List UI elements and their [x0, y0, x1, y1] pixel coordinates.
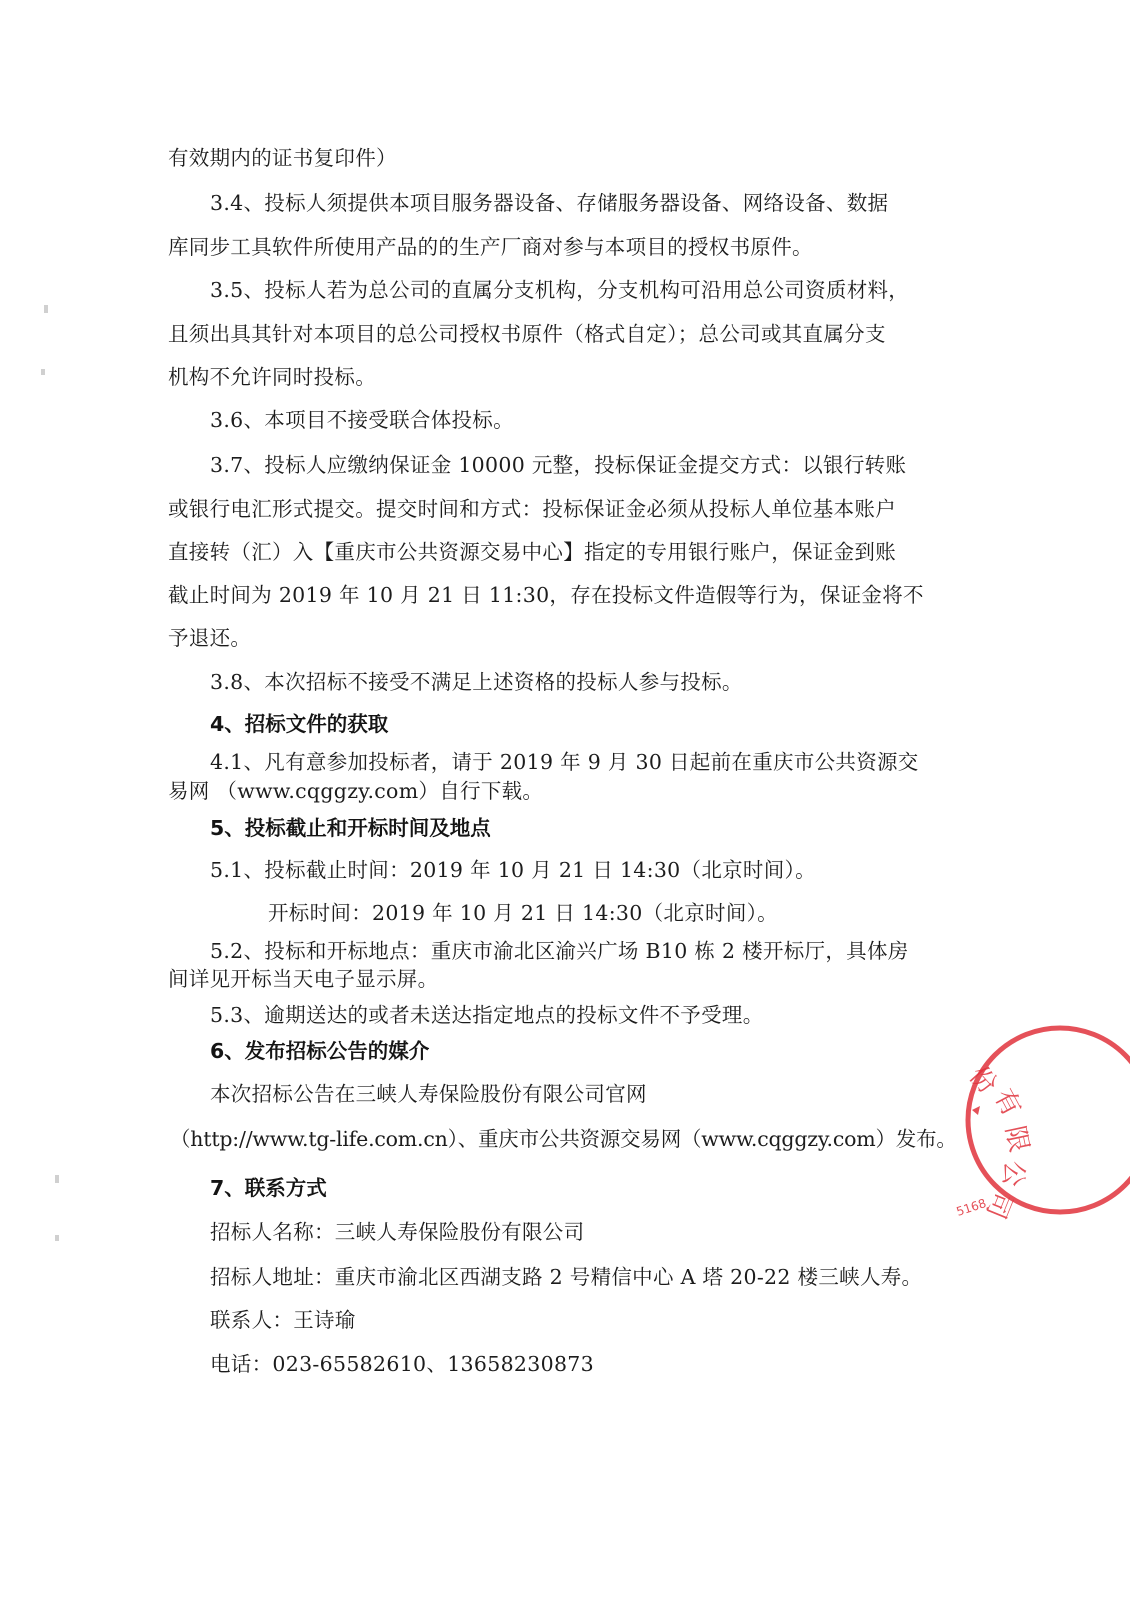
seal-star-icon — [972, 1106, 980, 1115]
section-heading-6: 6、发布招标公告的媒介 — [210, 1038, 429, 1064]
seal-char: 限 — [999, 1123, 1034, 1155]
company-seal: 份 有 限 公 司 5168 — [948, 1020, 1130, 1220]
contact-person: 联系人：王诗瑜 — [210, 1307, 356, 1333]
text-line: 库同步工具软件所使用产品的的生产厂商对参与本项目的授权书原件。 — [168, 234, 813, 260]
clause-3-6: 3.6、本项目不接受联合体投标。 — [210, 407, 514, 433]
clause-5-3: 5.3、逾期送达的或者未送达指定地点的投标文件不予受理。 — [210, 1002, 764, 1028]
clause-3-8: 3.8、本次招标不接受不满足上述资格的投标人参与投标。 — [210, 669, 743, 695]
scan-artifact — [44, 305, 48, 313]
section-heading-4: 4、招标文件的获取 — [210, 711, 388, 737]
clause-3-5: 3.5、投标人若为总公司的直属分支机构，分支机构可沿用总公司资质材料， — [210, 277, 909, 303]
seal-char: 有 — [988, 1084, 1027, 1121]
tenderer-name: 招标人名称：三峡人寿保险股份有限公司 — [210, 1219, 584, 1245]
seal-char: 公 — [997, 1159, 1029, 1188]
text-line: 直接转（汇）入【重庆市公共资源交易中心】指定的专用银行账户，保证金到账 — [168, 539, 896, 565]
scan-artifact — [55, 1175, 59, 1183]
seal-icon: 份 有 限 公 司 5168 — [948, 1020, 1130, 1220]
text-line: 本次招标公告在三峡人寿保险股份有限公司官网 — [210, 1081, 647, 1107]
clause-5-1: 5.1、投标截止时间：2019 年 10 月 21 日 14:30（北京时间）。 — [210, 857, 816, 883]
contact-phone: 电话：023-65582610、13658230873 — [210, 1351, 594, 1377]
clause-3-7: 3.7、投标人应缴纳保证金 10000 元整，投标保证金提交方式：以银行转账 — [210, 452, 906, 478]
text-line: 易网 （www.cqggzy.com）自行下载。 — [168, 778, 543, 804]
section-heading-7: 7、联系方式 — [210, 1175, 327, 1201]
opening-time: 开标时间：2019 年 10 月 21 日 14:30（北京时间）。 — [268, 900, 778, 926]
text-line: 机构不允许同时投标。 — [168, 364, 376, 390]
text-line: 且须出具其针对本项目的总公司授权书原件（格式自定）；总公司或其直属分支 — [168, 321, 886, 347]
text-line: 或银行电汇形式提交。提交时间和方式：投标保证金必须从投标人单位基本账户 — [168, 496, 896, 522]
text-line: （http://www.tg-life.com.cn）、重庆市公共资源交易网（w… — [170, 1126, 957, 1152]
text-line: 予退还。 — [168, 625, 251, 651]
section-heading-5: 5、投标截止和开标时间及地点 — [210, 815, 491, 841]
clause-4-1: 4.1、凡有意参加投标者，请于 2019 年 9 月 30 日起前在重庆市公共资… — [210, 749, 919, 775]
text-line: 截止时间为 2019 年 10 月 21 日 11:30，存在投标文件造假等行为… — [168, 582, 924, 608]
seal-number: 5168 — [955, 1196, 988, 1219]
clause-3-4: 3.4、投标人须提供本项目服务器设备、存储服务器设备、网络设备、数据 — [210, 190, 888, 216]
text-line: 有效期内的证书复印件） — [168, 145, 397, 171]
text-line: 间详见开标当天电子显示屏。 — [168, 966, 438, 992]
scan-artifact — [41, 369, 45, 375]
clause-5-2: 5.2、投标和开标地点：重庆市渝北区渝兴广场 B10 栋 2 楼开标厅，具体房 — [210, 938, 909, 964]
tenderer-address: 招标人地址：重庆市渝北区西湖支路 2 号精信中心 A 塔 20-22 楼三峡人寿… — [210, 1264, 922, 1290]
scan-artifact — [55, 1235, 59, 1241]
